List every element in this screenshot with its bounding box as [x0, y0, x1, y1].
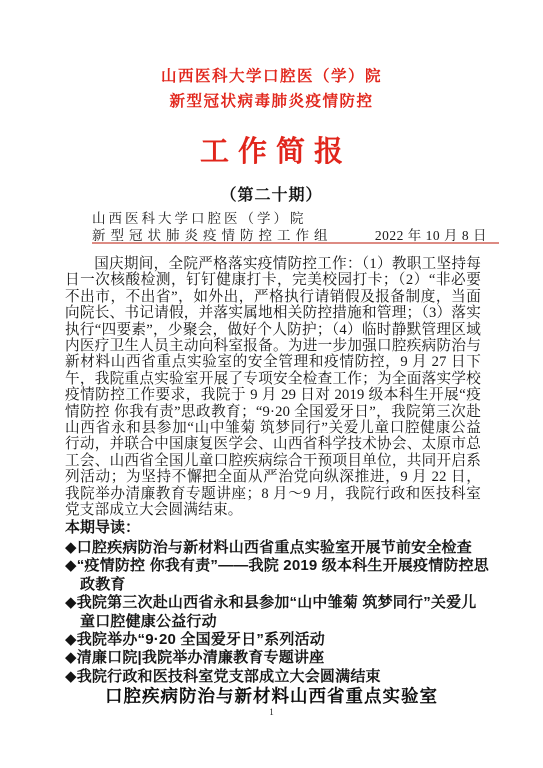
lab-footer-title: 口腔疾病防治与新材料山西省重点实验室	[0, 683, 543, 708]
issuer-line-1: 山西医科大学口腔医（学）院	[92, 211, 487, 227]
org-header-line-1: 山西医科大学口腔医（学）院	[0, 64, 543, 89]
issuer-line-2: 新型冠状肺炎疫情防控工作组	[92, 228, 333, 244]
digest-item: ◆“疫情防控 你我有责”——我院 2019 级本科生开展疫情防控思政教育	[65, 557, 489, 594]
digest-item: ◆清廉口院|我院举办清廉教育专题讲座	[65, 649, 489, 667]
digest-list: ◆口腔疾病防治与新材料山西省重点实验室开展节前安全检查 ◆“疫情防控 你我有责”…	[65, 539, 489, 686]
page-number: 1	[0, 707, 543, 717]
briefing-document-page: 山西医科大学口腔医（学）院 新型冠状病毒肺炎疫情防控 工作简报 （第二十期） 山…	[0, 0, 543, 768]
org-header-line-2: 新型冠状病毒肺炎疫情防控	[0, 89, 543, 114]
body-paragraph: 国庆期间，全院严格落实疫情防控工作：（1）教职工坚持每日一次核酸检测，钉钉健康打…	[65, 256, 481, 519]
digest-item: ◆口腔疾病防治与新材料山西省重点实验室开展节前安全检查	[65, 539, 489, 557]
masthead: 山西医科大学口腔医（学）院 新型冠状肺炎疫情防控工作组 2022 年 10 月 …	[65, 211, 487, 244]
digest-section: 本期导读： ◆口腔疾病防治与新材料山西省重点实验室开展节前安全检查 ◆“疫情防控…	[65, 518, 489, 686]
digest-item: ◆我院举办“9·20 全国爱牙日”系列活动	[65, 631, 489, 649]
document-org-header: 山西医科大学口腔医（学）院 新型冠状病毒肺炎疫情防控	[0, 64, 543, 114]
issue-date: 2022 年 10 月 8 日	[375, 228, 487, 244]
issuer-date-row: 新型冠状肺炎疫情防控工作组 2022 年 10 月 8 日	[65, 228, 487, 244]
document-title: 工作简报	[0, 129, 543, 170]
issue-number-label: （第二十期）	[0, 182, 543, 205]
digest-item: ◆我院第三次赴山西省永和县参加“山中雏菊 筑梦同行”关爱儿童口腔健康公益行动	[65, 594, 489, 631]
digest-title: 本期导读：	[65, 518, 489, 537]
